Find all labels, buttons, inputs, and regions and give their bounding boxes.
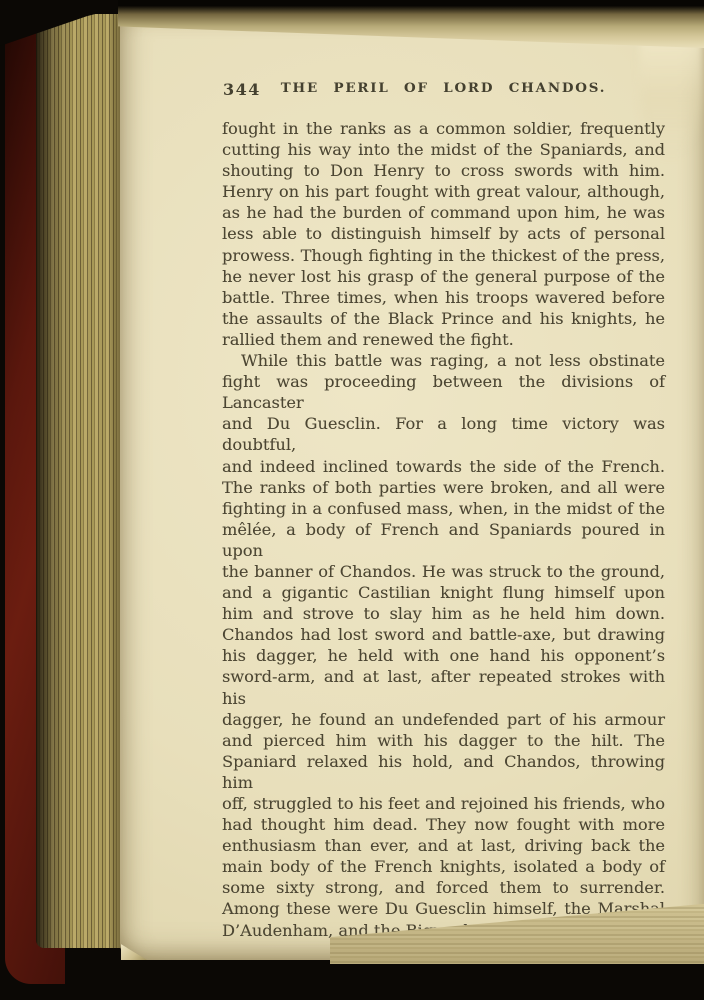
text-line: and indeed inclined towards the side of … <box>222 456 665 477</box>
paragraph: While this battle was raging, a not less… <box>222 350 665 941</box>
text-line: main body of the French knights, isolate… <box>222 856 665 877</box>
text-line: he never lost his grasp of the general p… <box>222 266 665 287</box>
text-line: fighting in a confused mass, when, in th… <box>222 498 665 519</box>
text-line: mêlée, a body of French and Spaniards po… <box>222 519 665 561</box>
text-line: enthusiasm than ever, and at last, drivi… <box>222 835 665 856</box>
book-scan: 344 THE PERIL OF LORD CHANDOS. fought in… <box>0 0 704 1000</box>
text-line: While this battle was raging, a not less… <box>222 350 665 371</box>
text-line: as he had the burden of command upon him… <box>222 202 665 223</box>
text-line: and a gigantic Castilian knight flung hi… <box>222 582 665 603</box>
text-line: rallied them and renewed the fight. <box>222 329 665 350</box>
text-line: and pierced him with his dagger to the h… <box>222 730 665 751</box>
text-line: his dagger, he held with one hand his op… <box>222 645 665 666</box>
text-line: the banner of Chandos. He was struck to … <box>222 561 665 582</box>
running-header: THE PERIL OF LORD CHANDOS. <box>222 80 665 96</box>
text-line: Henry on his part fought with great valo… <box>222 181 665 202</box>
page-header: 344 THE PERIL OF LORD CHANDOS. <box>222 80 665 98</box>
text-line: him and strove to slay him as he held hi… <box>222 603 665 624</box>
text-line: shouting to Don Henry to cross swords wi… <box>222 160 665 181</box>
text-line: the assaults of the Black Prince and his… <box>222 308 665 329</box>
text-line: less able to distinguish himself by acts… <box>222 223 665 244</box>
page-text: fought in the ranks as a common soldier,… <box>222 118 665 941</box>
text-line: dagger, he found an undefended part of h… <box>222 709 665 730</box>
text-line: The ranks of both parties were broken, a… <box>222 477 665 498</box>
page-fore-edge-stripes <box>36 14 126 948</box>
text-line: Chandos had lost sword and battle-axe, b… <box>222 624 665 645</box>
page-number: 344 <box>223 80 261 99</box>
text-line: off, struggled to his feet and rejoined … <box>222 793 665 814</box>
text-line: sword-arm, and at last, after repeated s… <box>222 666 665 708</box>
text-line: fight was proceeding between the divisio… <box>222 371 665 413</box>
book-page: 344 THE PERIL OF LORD CHANDOS. fought in… <box>120 20 704 960</box>
text-line: prowess. Though fighting in the thickest… <box>222 245 665 266</box>
text-line: fought in the ranks as a common soldier,… <box>222 118 665 139</box>
text-line: cutting his way into the midst of the Sp… <box>222 139 665 160</box>
page-content: 344 THE PERIL OF LORD CHANDOS. fought in… <box>120 20 704 960</box>
text-line: battle. Three times, when his troops wav… <box>222 287 665 308</box>
paragraph: fought in the ranks as a common soldier,… <box>222 118 665 350</box>
text-line: some sixty strong, and forced them to su… <box>222 877 665 898</box>
text-line: had thought him dead. They now fought wi… <box>222 814 665 835</box>
text-line: and Du Guesclin. For a long time victory… <box>222 413 665 455</box>
text-line: Spaniard relaxed his hold, and Chandos, … <box>222 751 665 793</box>
